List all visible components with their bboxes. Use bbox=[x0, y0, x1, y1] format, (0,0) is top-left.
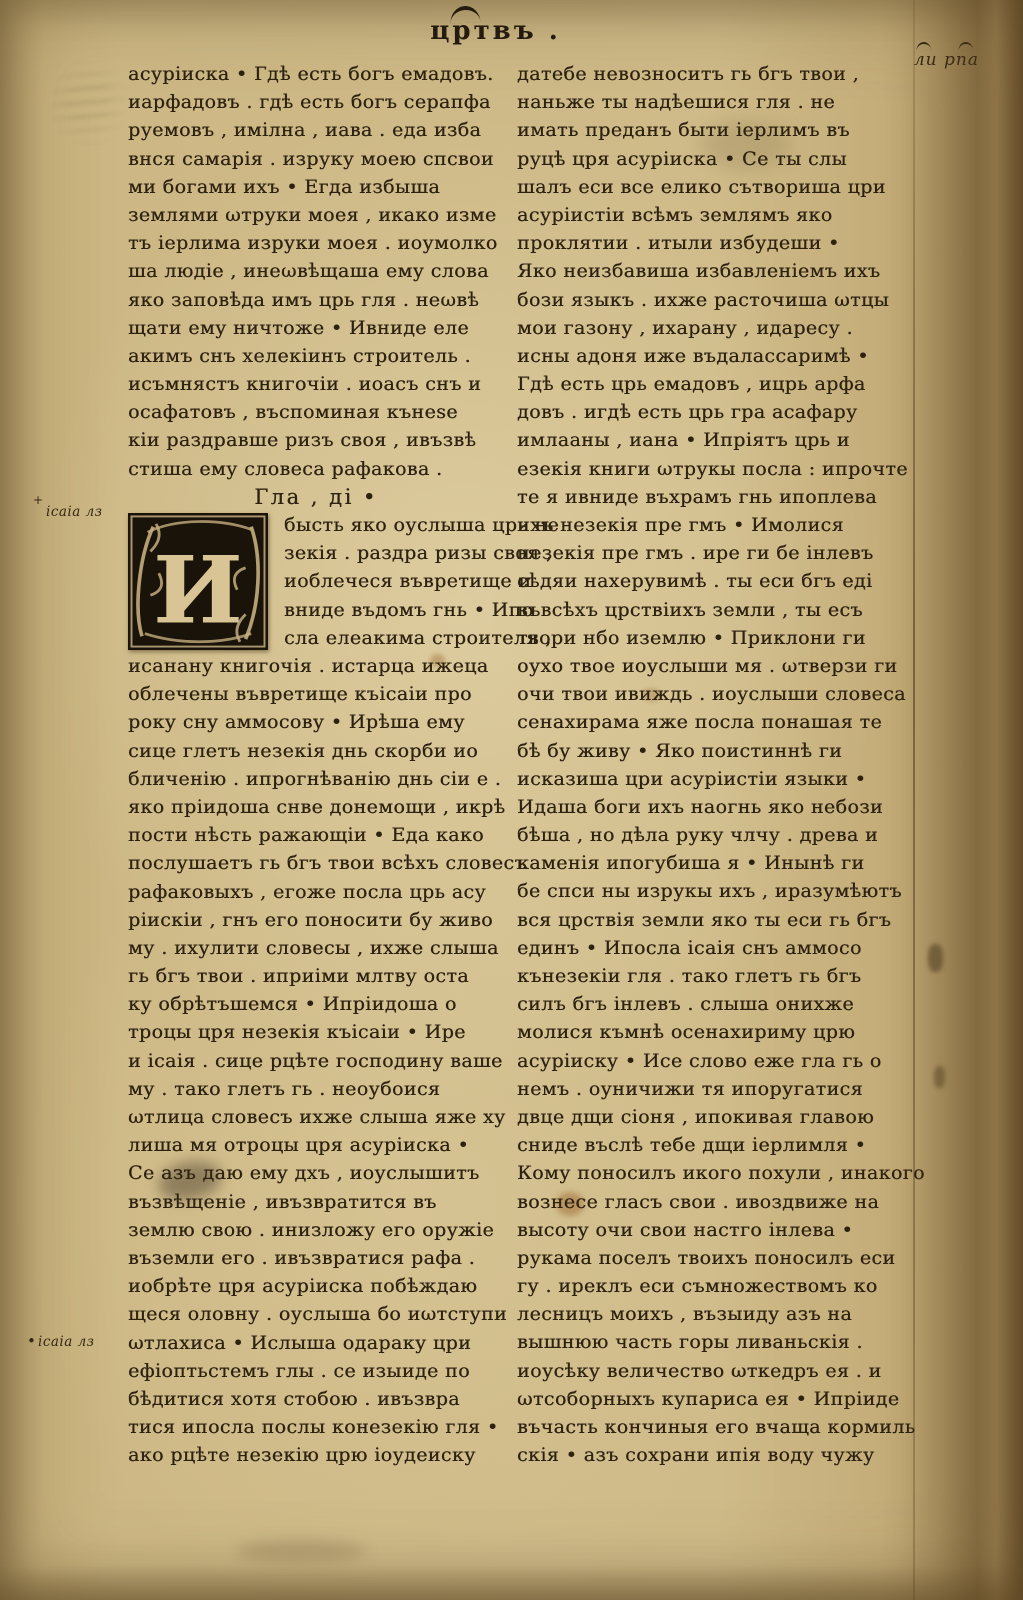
text-line: ωтлица словесъ ихже слыша яже ху bbox=[128, 1103, 504, 1131]
text-line: каменія ипогубиша я • Инынѣ ги bbox=[517, 849, 899, 877]
text-line: иобрѣте цря асуріиска побѣждаю bbox=[128, 1272, 504, 1300]
text-line: бѣша , но дѣла руку члчу . древа и bbox=[517, 821, 899, 849]
text-line: двце дщи сіоня , ипокивая главою bbox=[517, 1103, 899, 1131]
chapter-heading: Гла , ді • bbox=[128, 483, 504, 511]
text-line: асуріиска • Гдѣ есть богъ емадовъ. bbox=[128, 60, 504, 88]
text-line: проклятии . итыли избудеши • bbox=[517, 229, 899, 257]
text-line: облечены въвретище къісаіи про bbox=[128, 680, 504, 708]
text-line: ихъ незекія пре гмъ • Имолися bbox=[517, 511, 899, 539]
text-line: тъ іерлима изруки моея . иоумолко bbox=[128, 229, 504, 257]
text-line: ефіоптьстемъ глы . се изыиде по bbox=[128, 1357, 504, 1385]
text-line: възвѣщеніе , ивъзвратится въ bbox=[128, 1188, 504, 1216]
right-text-column: датебе невозноситъ гь бгъ твои ,наньже т… bbox=[517, 60, 899, 1469]
text-line: рафаковыхъ , егоже посла црь асу bbox=[128, 878, 504, 906]
text-line: гу . иреклъ еси съмножествомъ ко bbox=[517, 1272, 899, 1300]
text-line: твори нбо иземлю • Приклони ги bbox=[517, 624, 899, 652]
text-line: руемовъ , имілна , иава . еда изба bbox=[128, 116, 504, 144]
text-line: сѣдяи нахерувимѣ . ты еси бгъ еді bbox=[517, 567, 899, 595]
paper-stain bbox=[236, 1540, 366, 1562]
text-line: гь бгъ твои . иприіми млтву оста bbox=[128, 962, 504, 990]
text-line: року сну аммосову • Ирѣша ему bbox=[128, 708, 504, 736]
text-line: въземли его . ивъзвратися рафа . bbox=[128, 1244, 504, 1272]
text-line: скія • азъ сохрани ипія воду чужу bbox=[517, 1441, 899, 1469]
text-line: асуріиску • Исе слово еже гла гь о bbox=[517, 1047, 899, 1075]
left-text-column: асуріиска • Гдѣ есть богъ емадовъ.иарфад… bbox=[128, 60, 504, 1469]
edge-mark bbox=[934, 1066, 945, 1088]
ghost-print-smudge bbox=[48, 58, 130, 148]
text-line: вышнюю часть горы ливаньскія . bbox=[517, 1328, 899, 1356]
text-line: сице глетъ незекія днь скорби ио bbox=[128, 737, 504, 765]
text-line: бличенію . ипрогнѣванію днь сіи е . bbox=[128, 765, 504, 793]
margin-note-isaiah: • ісаіа лз bbox=[38, 1334, 95, 1350]
text-line: Яко неизбавиша избавленіемъ ихъ bbox=[517, 257, 899, 285]
text-line: внся самарія . изруку моею спсвои bbox=[128, 145, 504, 173]
text-line-group: датебе невозноситъ гь бгъ твои ,наньже т… bbox=[517, 60, 899, 1469]
text-line: довъ . игдѣ есть црь гра асафару bbox=[517, 398, 899, 426]
text-line: оухо твое иоуслыши мя . ωтверзи ги bbox=[517, 652, 899, 680]
text-line: исъмнястъ книгочіи . иоасъ снъ и bbox=[128, 370, 504, 398]
text-line: вся црствія земли яко ты еси гь бгъ bbox=[517, 906, 899, 934]
woodcut-initial-letter: И bbox=[128, 513, 268, 650]
text-line: ωтлахиса • Ислыша одараку цри bbox=[128, 1329, 504, 1357]
text-line-group: асуріиска • Гдѣ есть богъ емадовъ.иарфад… bbox=[128, 60, 504, 483]
text-line: сенахирама яже посла понашая те bbox=[517, 708, 899, 736]
text-line: исказиша цри асуріистіи языки • bbox=[517, 765, 899, 793]
text-line: Кому поносилъ икого похули , инакого bbox=[517, 1159, 899, 1187]
initial-paragraph: И бысть яко оуслыша црь незекія . раздра… bbox=[128, 511, 504, 652]
text-line: езекія книги ωтрукы посла : ипрочте bbox=[517, 455, 899, 483]
text-line: асуріистіи всѣмъ землямъ яко bbox=[517, 201, 899, 229]
text-line: Идаша боги ихъ наогнь яко небози bbox=[517, 793, 899, 821]
text-line: акимъ снъ хелекіинъ строитель . bbox=[128, 342, 504, 370]
text-line: Се азъ даю ему дхъ , иоуслышитъ bbox=[128, 1159, 504, 1187]
text-line: кіи раздравше ризъ своя , ивъзвѣ bbox=[128, 426, 504, 454]
text-line: щеся оловну . оуслыша бо иωтступи bbox=[128, 1300, 504, 1328]
text-line: единъ • Ипосла ісаія снъ аммосо bbox=[517, 934, 899, 962]
text-line: очи твои ивиждь . иоуслыши словеса bbox=[517, 680, 899, 708]
text-line: иарфадовъ . гдѣ есть богъ серапфа bbox=[128, 88, 504, 116]
text-line: ωтсоборныхъ купариса ея • Ипріиде bbox=[517, 1385, 899, 1413]
text-line: троцы цря незекія къісаіи • Ире bbox=[128, 1018, 504, 1046]
page-bottom-shadow bbox=[0, 1566, 1023, 1600]
text-line: въчасть кончиныя его вчаща кормиль bbox=[517, 1413, 899, 1441]
text-line: исны адоня иже въдалассаримѣ • bbox=[517, 342, 899, 370]
text-line: бе спси ны изрукы ихъ , иразумѣютъ bbox=[517, 877, 899, 905]
text-line: щати ему ничтоже • Ивниде еле bbox=[128, 314, 504, 342]
text-line: немъ . оуничижи тя ипоругатися bbox=[517, 1075, 899, 1103]
text-line: лесницъ моихъ , възыиду азъ на bbox=[517, 1300, 899, 1328]
running-header: цртвъ . bbox=[0, 16, 1007, 46]
text-line: землю свою . инизложу его оружіе bbox=[128, 1216, 504, 1244]
titlo-mark bbox=[450, 5, 481, 24]
text-line: ша людіе , инеωвѣщаша ему слова bbox=[128, 257, 504, 285]
text-line: пости нѣсть ражающіи • Еда како bbox=[128, 821, 504, 849]
text-line: тися ипосла послы конезекію гля • bbox=[128, 1413, 504, 1441]
text-line: высоту очи свои настго інлева • bbox=[517, 1216, 899, 1244]
text-line: имать преданъ быти іерлимъ въ bbox=[517, 116, 899, 144]
edge-mark bbox=[928, 944, 943, 972]
text-line-group: исанану книгочія . истарца ижецаоблечены… bbox=[128, 652, 504, 1469]
text-line: стиша ему словеса рафакова . bbox=[128, 455, 504, 483]
text-line: бѣдитися хотя стобою . ивъзвра bbox=[128, 1385, 504, 1413]
text-line: имлааны , иана • Ипріятъ црь и bbox=[517, 426, 899, 454]
text-line: вознесе гласъ свои . ивоздвиже на bbox=[517, 1188, 899, 1216]
text-line: и ісаія . сице рцѣте господину ваше bbox=[128, 1047, 504, 1075]
text-line: те я ивниде въхрамъ гнь ипоплева bbox=[517, 483, 899, 511]
text-line: ми богами ихъ • Егда избыша bbox=[128, 173, 504, 201]
text-line: незекія пре гмъ . ире ги бе інлевъ bbox=[517, 539, 899, 567]
text-line: мои газону , ихарану , идаресу . bbox=[517, 314, 899, 342]
book-page: цртвъ . ли рпа + ісаіа лз • ісаіа лз асу… bbox=[0, 0, 1023, 1600]
text-line: Гдѣ есть црь емадовъ , ицрь арфа bbox=[517, 370, 899, 398]
text-line: му . тако глетъ гь . неоубоися bbox=[128, 1075, 504, 1103]
text-line: землями ωтруки моея , икако изме bbox=[128, 201, 504, 229]
text-line: послушаетъ гь бгъ твои всѣхъ словесъ bbox=[128, 849, 504, 877]
text-line: молися къмнѣ осенахириму црю bbox=[517, 1018, 899, 1046]
text-line: силъ бгъ інлевъ . слыша онихже bbox=[517, 990, 899, 1018]
text-line: исанану книгочія . истарца ижеца bbox=[128, 652, 504, 680]
text-line: му . ихулити словесы , ихже слыша bbox=[128, 934, 504, 962]
text-line: яко пріидоша снве донемощи , икрѣ bbox=[128, 793, 504, 821]
text-line: осафатовъ , въспоминая кънеѕе bbox=[128, 398, 504, 426]
initial-letter-ornament: И bbox=[128, 513, 268, 650]
text-line: ако рцѣте незекію црю іоудеиску bbox=[128, 1441, 504, 1469]
text-line: въвсѣхъ црствіихъ земли , ты есъ bbox=[517, 596, 899, 624]
text-line: бози языкъ . ихже расточиша ωтцы bbox=[517, 286, 899, 314]
text-line: яко заповѣда имъ црь гля . неωвѣ bbox=[128, 286, 504, 314]
text-line: иоусѣку величество ωткедръ ея . и bbox=[517, 1357, 899, 1385]
text-line: сниде въслѣ тебе дщи іерлимля • bbox=[517, 1131, 899, 1159]
text-line: ку обрѣтъшемся • Ипріидоша о bbox=[128, 990, 504, 1018]
text-line: бѣ бу живу • Яко поистиннѣ ги bbox=[517, 737, 899, 765]
margin-note-isaiah: + ісаіа лз bbox=[46, 504, 103, 520]
text-line: датебе невозноситъ гь бгъ твои , bbox=[517, 60, 899, 88]
margin-note-text: ісаіа лз bbox=[38, 1334, 95, 1350]
folio-number: ли рпа bbox=[914, 44, 979, 70]
initial-letter-glyph: И bbox=[153, 537, 243, 646]
text-line: кънезекіи гля . тако глетъ гь бгъ bbox=[517, 962, 899, 990]
text-line: наньже ты надѣешися гля . не bbox=[517, 88, 899, 116]
folio-label: ли рпа bbox=[914, 50, 979, 70]
text-line: шалъ еси все елико сътвориша цри bbox=[517, 173, 899, 201]
text-line: руцѣ цря асуріиска • Се ты слы bbox=[517, 145, 899, 173]
margin-note-text: ісаіа лз bbox=[46, 504, 103, 520]
page-edge-shadow bbox=[903, 0, 1023, 1600]
text-line: лиша мя отроцы цря асуріиска • bbox=[128, 1131, 504, 1159]
reference-cross-mark: + bbox=[33, 493, 44, 507]
reference-dot-mark: • bbox=[27, 1332, 36, 1350]
text-line: ріискіи , гнъ его поносити бу живо bbox=[128, 906, 504, 934]
text-line: рукама поселъ твоихъ поносилъ еси bbox=[517, 1244, 899, 1272]
